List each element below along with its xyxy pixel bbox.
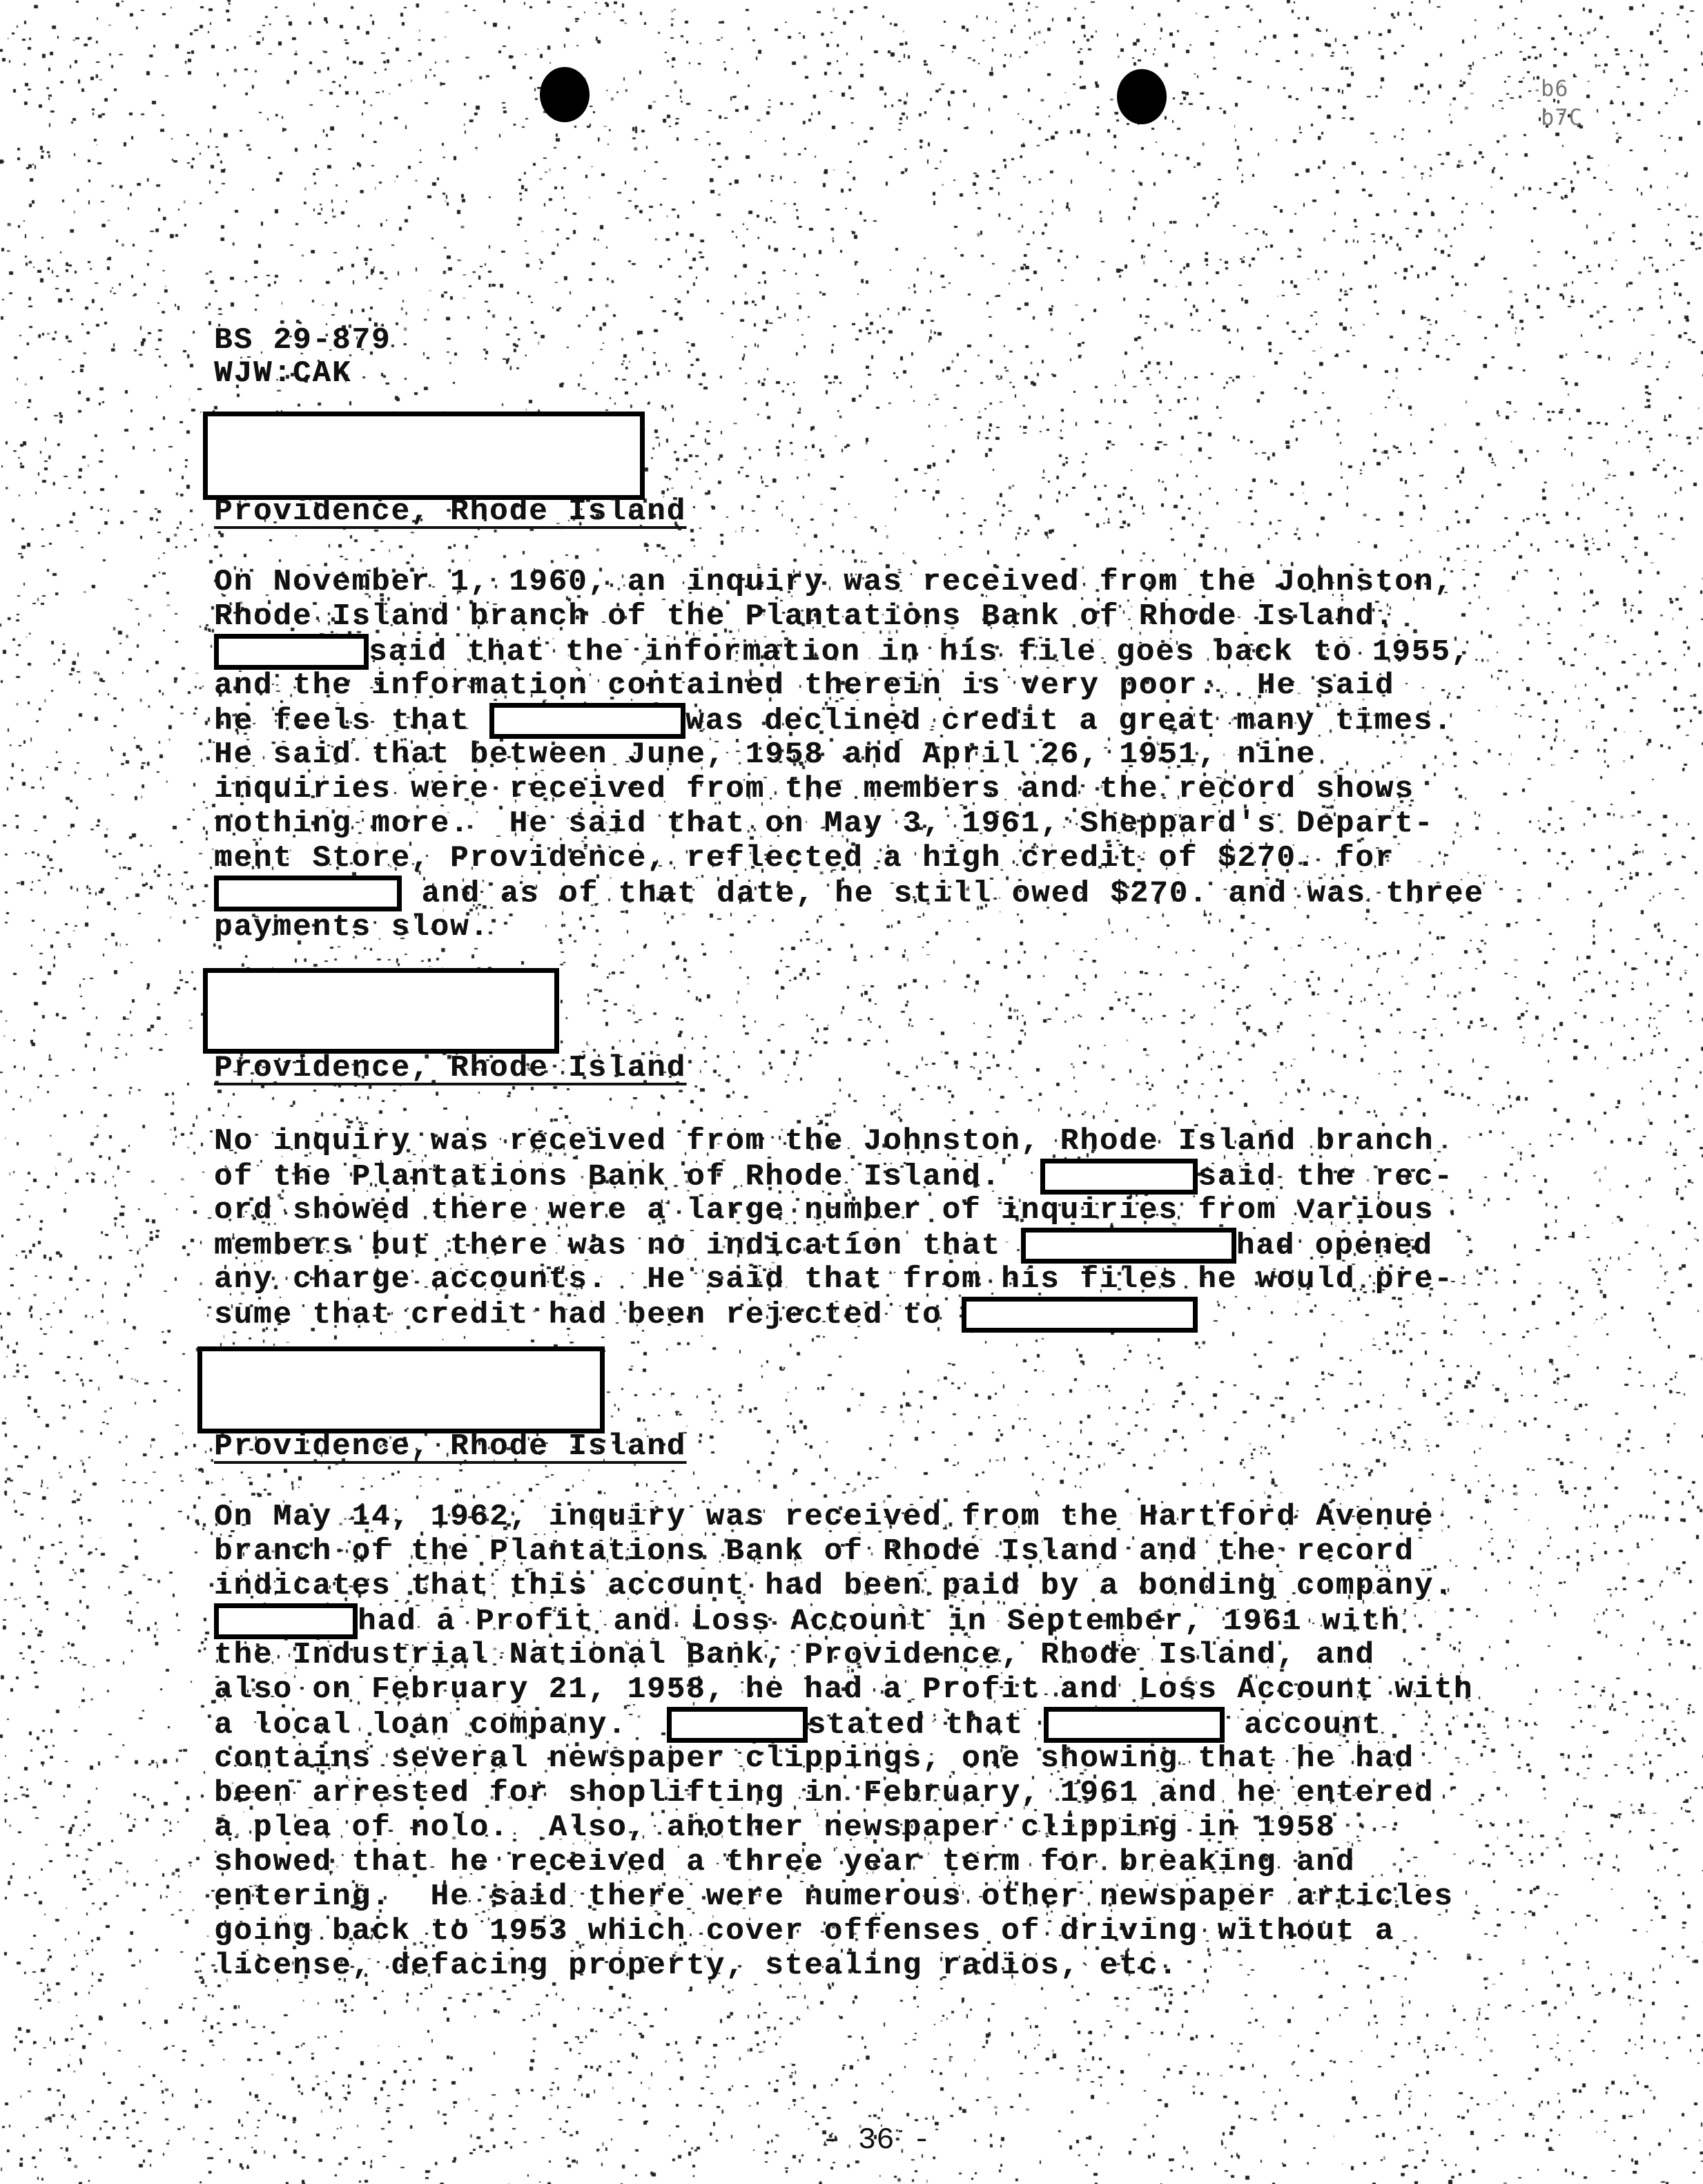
text-line: a plea of nolo. Also, another newspaper … [214,1810,1473,1845]
text-line: He said that between June, 1958 and Apri… [214,737,1484,772]
text-line: On November 1, 1960, an inquiry was rece… [214,565,1484,599]
text-line: license, defacing property, stealing rad… [214,1949,1473,1983]
redaction-box [1040,1159,1198,1195]
text-line: the Industrial National Bank, Providence… [214,1638,1473,1672]
text-line: sume that credit had been rejected to [214,1297,1454,1331]
section-paragraph: No inquiry was received from the Johnsto… [214,1124,1454,1331]
text-line: and as of that date, he still owed $270.… [214,876,1484,910]
redaction-box [962,1297,1198,1333]
text-line: been arrested for shoplifting in Februar… [214,1776,1473,1810]
redaction-box [214,634,369,670]
text-line: inquiries were received from the members… [214,772,1484,806]
text-line: nothing more. He said that on May 3, 196… [214,806,1484,841]
text-line: any charge accounts. He said that from h… [214,1262,1454,1297]
text-line: and the information contained therein is… [214,668,1484,703]
section-location-heading: Providence, Rhode Island [214,1429,686,1464]
text-line: contains several newspaper clippings, on… [214,1741,1473,1776]
section-paragraph: On May 14, 1962, inquiry was received fr… [214,1500,1473,1983]
text-line: a local loan company. stated that accoun… [214,1707,1473,1741]
redaction-box [214,1603,358,1639]
page-number: - 36 - [821,2123,931,2158]
exemption-code-b6: b6 [1541,75,1569,102]
text-line: ord showed there were a large number of … [214,1193,1454,1228]
text-line: had a Profit and Loss Account in Septemb… [214,1603,1473,1638]
text-line: entering. He said there were numerous ot… [214,1879,1473,1914]
text-line: Rhode Island branch of the Plantations B… [214,599,1484,634]
text-line: showed that he received a three year ter… [214,1845,1473,1879]
exemption-code-b7c: b7C [1541,104,1583,131]
text-line: going back to 1953 which cover offenses … [214,1914,1473,1949]
redaction-box [1021,1228,1236,1264]
section-paragraph: On November 1, 1960, an inquiry was rece… [214,565,1484,945]
text-line: indicates that this account had been pai… [214,1569,1473,1603]
redaction-box [214,876,402,911]
text-line: On May 14, 1962, inquiry was received fr… [214,1500,1473,1534]
redaction-box [1044,1707,1225,1743]
text-line: of the Plantations Bank of Rhode Island.… [214,1159,1454,1193]
text-line: said that the information in his file go… [214,634,1484,668]
redacted-name-block [203,968,559,1054]
redaction-box [489,703,685,739]
section-location-heading: Providence, Rhode Island [214,1051,686,1085]
redacted-name-block [203,412,645,500]
text-line: payments slow. [214,910,1484,945]
text-line: ment Store, Providence, reflected a high… [214,841,1484,876]
redaction-box [667,1707,808,1743]
punch-hole-left [540,67,590,122]
section-location-heading: Providence, Rhode Island [214,494,686,529]
redacted-name-block [197,1346,605,1433]
text-line: members but there was no indication that… [214,1228,1454,1262]
punch-hole-right [1117,69,1167,124]
text-line: No inquiry was received from the Johnsto… [214,1124,1454,1159]
text-line: also on February 21, 1958, he had a Prof… [214,1672,1473,1707]
text-line: he feels that was declined credit a grea… [214,703,1484,737]
typist-initials: WJW:CAK [214,356,352,391]
text-line: branch of the Plantations Bank of Rhode … [214,1534,1473,1569]
file-number: BS 29-879 [214,323,391,358]
